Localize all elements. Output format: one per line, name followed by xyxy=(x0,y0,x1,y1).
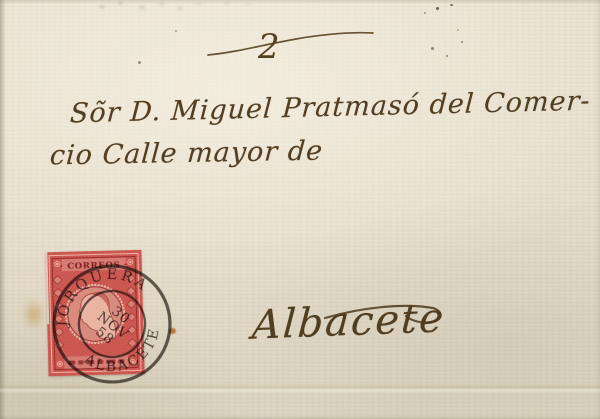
faded-cancel-smear xyxy=(185,0,255,10)
foxing-speck xyxy=(446,55,448,57)
foxing-speck xyxy=(175,30,177,32)
paper-edge-top xyxy=(0,0,600,4)
foxing-speck xyxy=(436,7,439,10)
datestamp-date: 30 NOV 58 xyxy=(86,298,140,353)
paper-edge-right xyxy=(595,0,600,419)
paper-edge-bottom xyxy=(0,415,600,419)
foxing-speck xyxy=(424,12,426,14)
address-line-2: cio Calle mayor de xyxy=(49,136,324,172)
rate-mark-numeral: 2 xyxy=(257,27,280,67)
destination-flourish-stroke xyxy=(325,306,441,323)
cover-scan: 2 Sõr D. Miguel Pratmasó del Comer- cio … xyxy=(0,0,600,419)
foxing-speck xyxy=(450,4,453,6)
rate-mark-flourish-stroke xyxy=(208,33,373,55)
address-line-1: Sõr D. Miguel Pratmasó del Comer- xyxy=(69,86,591,130)
foxing-speck xyxy=(457,29,459,31)
circular-datestamp: JORQUERA ALBACETE 30 NOV 58 xyxy=(32,244,192,404)
manuscript-rate-mark: 2 xyxy=(200,16,385,68)
foxing-speck xyxy=(461,41,463,43)
paper-edge-left xyxy=(0,0,6,419)
foxing-speck xyxy=(138,61,141,64)
faded-cancel-smear xyxy=(90,0,190,17)
foxing-speck xyxy=(431,47,434,50)
destination-flourish xyxy=(245,296,465,351)
